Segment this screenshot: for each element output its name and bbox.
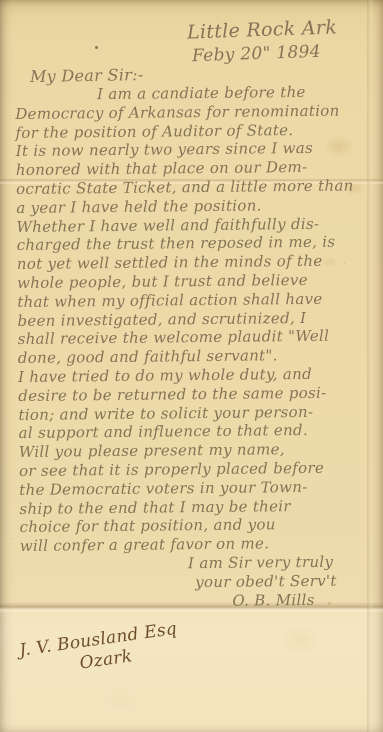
letter-body-line: shall receive the welcome plaudit "Well <box>18 327 376 350</box>
letter-date-line: Feby 20" 1894 <box>192 42 321 66</box>
letter-place-line: Little Rock Ark <box>187 16 338 43</box>
letter-body-line: desire to be returned to the same posi- <box>18 383 376 406</box>
letter-body-line: your obed't Serv't <box>20 571 378 594</box>
letter-salutation: My Dear Sir:- <box>30 65 144 86</box>
paper-stain-speck <box>95 46 98 49</box>
letter-body-line: not yet well settled in the minds of the <box>17 251 375 274</box>
letter-body-line: that when my official action shall have <box>17 289 375 312</box>
letter-addressee-note: J. V. Bousland EsqOzark <box>18 619 181 683</box>
letter-body-line: Democracy of Arkansas for renomination <box>15 101 373 124</box>
letter-body-line: O. B. Mills <box>20 590 378 613</box>
letter-body-line: or see that it is properly placed before <box>19 458 377 481</box>
letter-body-line: ocratic State Ticket, and a little more … <box>16 176 374 199</box>
letter-body: I am a candiate before theDemocracy of A… <box>15 82 378 612</box>
letter-scan: Little Rock Ark Feby 20" 1894 My Dear Si… <box>0 0 383 732</box>
